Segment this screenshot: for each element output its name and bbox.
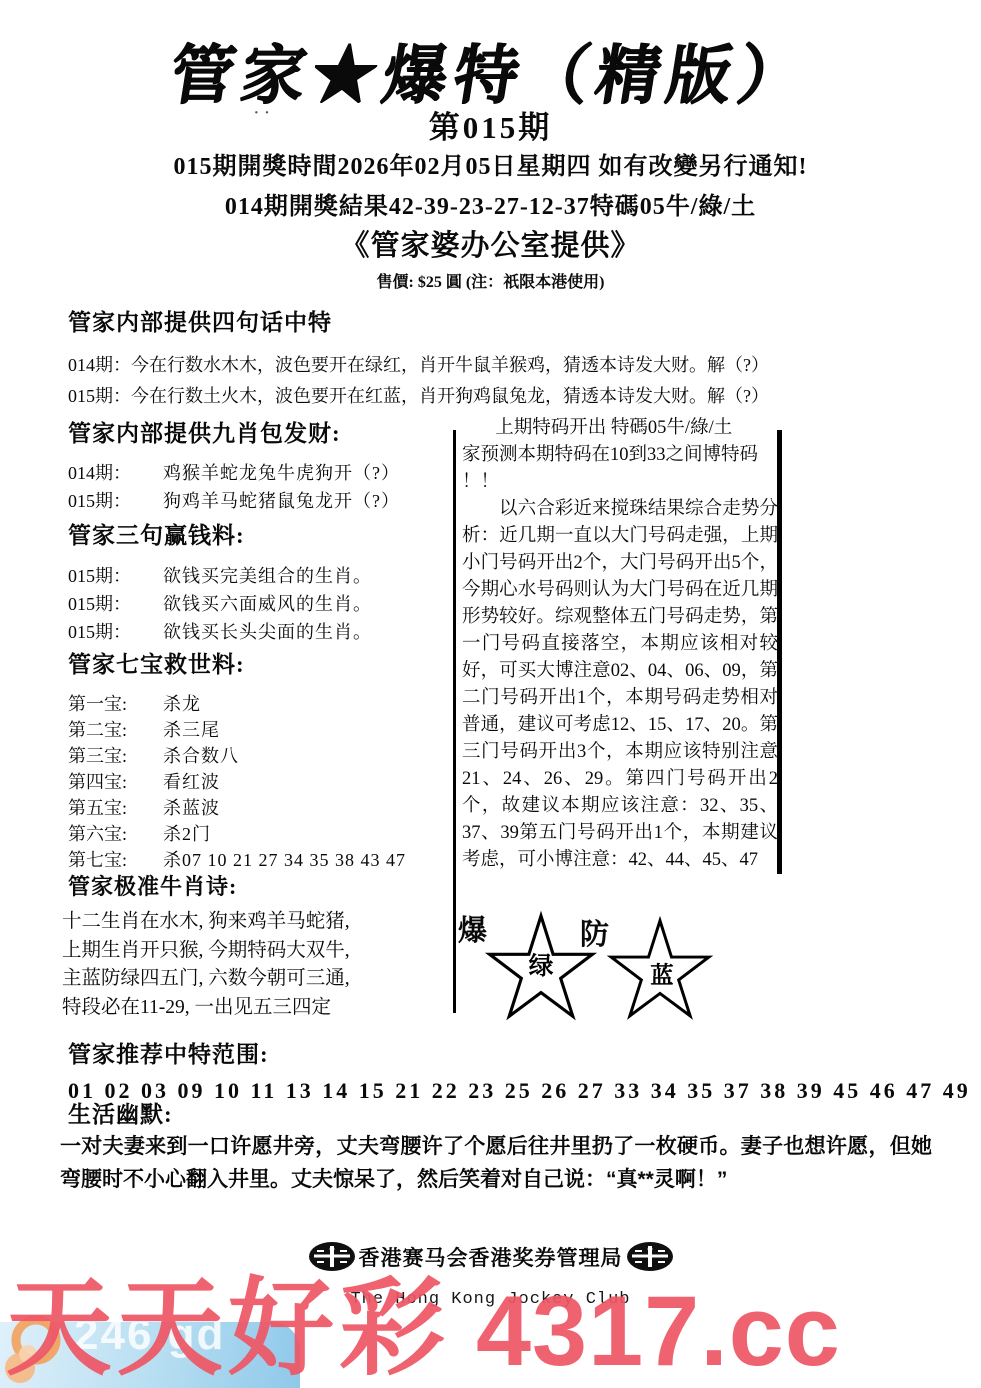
row-text: 杀2门 bbox=[163, 821, 211, 847]
jockey-club-emblem-icon bbox=[626, 1241, 674, 1272]
red-watermark: 天天好彩4317.cc bbox=[6, 1276, 841, 1382]
row-text: 鸡猴羊蛇龙兔牛虎狗开（?） bbox=[163, 459, 400, 487]
zodiac-row: 015期： 狗鸡羊马蛇猪鼠兔龙开（?） bbox=[68, 487, 400, 515]
treasure-row: 第三宝: 杀合数八 bbox=[68, 743, 406, 769]
row-text: 杀蓝波 bbox=[163, 795, 220, 821]
row-text: 欲钱买完美组合的生肖。 bbox=[163, 562, 372, 590]
section-four-sentences: 管家内部提供四句话中特 014期：今在行数水木木，波色要开在绿红，肖开牛鼠羊猴鸡… bbox=[68, 304, 769, 411]
row-text: 看红波 bbox=[163, 769, 220, 795]
row-label: 第二宝: bbox=[68, 717, 163, 743]
row-label: 第六宝: bbox=[68, 821, 163, 847]
poem-line: 主蓝防绿四五门, 六数今朝可三通, bbox=[62, 965, 350, 994]
jockey-club-emblem-icon bbox=[308, 1241, 356, 1272]
section-seven-treasures: 管家七宝救世料: 第一宝: 杀龙 第二宝: 杀三尾 第三宝: 杀合数八 第四宝:… bbox=[68, 646, 406, 873]
row-label: 015期： bbox=[68, 590, 163, 618]
poem-line: 特段必在11-29, 一出见五三四定 bbox=[62, 994, 350, 1023]
tip-sheet-page: 管家★爆特（精版） ·· 第015期 015期開獎時間2026年02月05日星期… bbox=[0, 0, 981, 1388]
row-text: 狗鸡羊马蛇猪鼠兔龙开（?） bbox=[163, 487, 400, 515]
footer-org-cn: 香港赛马会香港奖券管理局 bbox=[359, 1242, 623, 1272]
provider-line: 《管家婆办公室提供》 bbox=[0, 223, 981, 264]
draw-time-line: 015期開獎時間2026年02月05日星期四 如有改變另行通知! bbox=[0, 146, 981, 181]
row-text: 杀合数八 bbox=[163, 743, 239, 769]
win-row: 015期： 欲钱买长头尖面的生肖。 bbox=[68, 618, 372, 646]
footer-organization-row: 香港赛马会香港奖券管理局 bbox=[0, 1241, 981, 1272]
row-label: 015期： bbox=[68, 562, 163, 590]
section-ox-poem: 管家极准牛肖诗: 十二生肖在水木, 狗来鸡羊马蛇猪, 上期生肖开只猴, 今期特码… bbox=[62, 870, 350, 1022]
row-label: 014期： bbox=[68, 459, 163, 487]
recommend-heading: 管家推荐中特范围: bbox=[68, 1036, 971, 1069]
row-label: 015期： bbox=[68, 618, 163, 646]
four-sentences-line: 015期：今在行数土火木，波色要开在红蓝，肖开狗鸡鼠兔龙，猜透本诗发大财。解（?… bbox=[68, 381, 769, 412]
row-label: 第五宝: bbox=[68, 795, 163, 821]
treasure-row: 第四宝: 看红波 bbox=[68, 769, 406, 795]
last-result-line: 014期開獎結果42-39-23-27-12-37特碼05牛/綠/土 bbox=[0, 186, 981, 221]
seven-treasures-heading: 管家七宝救世料: bbox=[68, 646, 406, 679]
four-sentences-line: 014期：今在行数水木木，波色要开在绿红，肖开牛鼠羊猴鸡，猜透本诗发大财。解（?… bbox=[68, 350, 769, 381]
row-text: 杀龙 bbox=[163, 691, 201, 717]
watermark-brand-text: 天天好彩 bbox=[6, 1270, 450, 1388]
analysis-column: 上期特码开出 特碼05牛/綠/土 家预测本期特码在10到33之间博特码 ！！ 以… bbox=[462, 415, 778, 874]
analysis-left-divider bbox=[453, 430, 456, 1013]
ox-poem-heading: 管家极准牛肖诗: bbox=[62, 870, 350, 901]
zodiac-row: 014期： 鸡猴羊蛇龙兔牛虎狗开（?） bbox=[68, 459, 400, 487]
treasure-row: 第五宝: 杀蓝波 bbox=[68, 795, 406, 821]
analysis-line: ！！ bbox=[462, 469, 778, 496]
section-nine-zodiac: 管家内部提供九肖包发财: 014期： 鸡猴羊蛇龙兔牛虎狗开（?） 015期： 狗… bbox=[68, 415, 400, 515]
treasure-row: 第一宝: 杀龙 bbox=[68, 691, 406, 717]
row-label: 015期： bbox=[68, 487, 163, 515]
win-row: 015期： 欲钱买六面威风的生肖。 bbox=[68, 590, 372, 618]
poem-line: 十二生肖在水木, 狗来鸡羊马蛇猪, bbox=[62, 908, 350, 937]
three-win-heading: 管家三句赢钱料: bbox=[68, 517, 372, 550]
star-icon: 蓝 bbox=[604, 904, 716, 1040]
issue-number: 第015期 bbox=[0, 102, 981, 147]
row-text: 欲钱买长头尖面的生肖。 bbox=[163, 618, 372, 646]
row-label: 第三宝: bbox=[68, 743, 163, 769]
treasure-row: 第二宝: 杀三尾 bbox=[68, 717, 406, 743]
guard-blue-star-group: 防 蓝 bbox=[580, 902, 770, 1052]
analysis-paragraph: 以六合彩近来搅珠结果综合走势分析：近几期一直以大门号码走强，上期小门号码开出2个… bbox=[462, 496, 778, 874]
analysis-line: 上期特码开出 特碼05牛/綠/土 bbox=[462, 415, 778, 442]
price-note: 售價: $25 圓 (注：祇限本港使用) bbox=[0, 269, 981, 292]
analysis-line: 家预测本期特码在10到33之间博特码 bbox=[462, 442, 778, 469]
row-label: 第一宝: bbox=[68, 691, 163, 717]
treasure-row: 第六宝: 杀2门 bbox=[68, 821, 406, 847]
humor-text: 一对夫妻来到一口许愿井旁，丈夫弯腰许了个愿后往井里扔了一枚硬币。妻子也想许愿，但… bbox=[60, 1130, 932, 1196]
four-sentences-heading: 管家内部提供四句话中特 bbox=[68, 304, 769, 337]
row-label: 第四宝: bbox=[68, 769, 163, 795]
recommend-numbers: 01 02 03 09 10 11 13 14 15 21 22 23 25 2… bbox=[68, 1078, 971, 1104]
watermark-site-text: 4317.cc bbox=[476, 1275, 841, 1386]
poem-line: 上期生肖开只猴, 今期特码大双牛, bbox=[62, 937, 350, 966]
nine-zodiac-heading: 管家内部提供九肖包发财: bbox=[68, 415, 400, 448]
section-three-win: 管家三句赢钱料: 015期： 欲钱买完美组合的生肖。 015期： 欲钱买六面威风… bbox=[68, 517, 372, 646]
star-color-word: 蓝 bbox=[650, 961, 673, 989]
row-text: 欲钱买六面威风的生肖。 bbox=[163, 590, 372, 618]
humor-heading: 生活幽默: bbox=[68, 1096, 173, 1129]
win-row: 015期： 欲钱买完美组合的生肖。 bbox=[68, 562, 372, 590]
section-recommend-range: 管家推荐中特范围: 01 02 03 09 10 11 13 14 15 21 … bbox=[68, 1036, 971, 1104]
star-color-word: 绿 bbox=[529, 952, 554, 980]
row-text: 杀三尾 bbox=[163, 717, 220, 743]
